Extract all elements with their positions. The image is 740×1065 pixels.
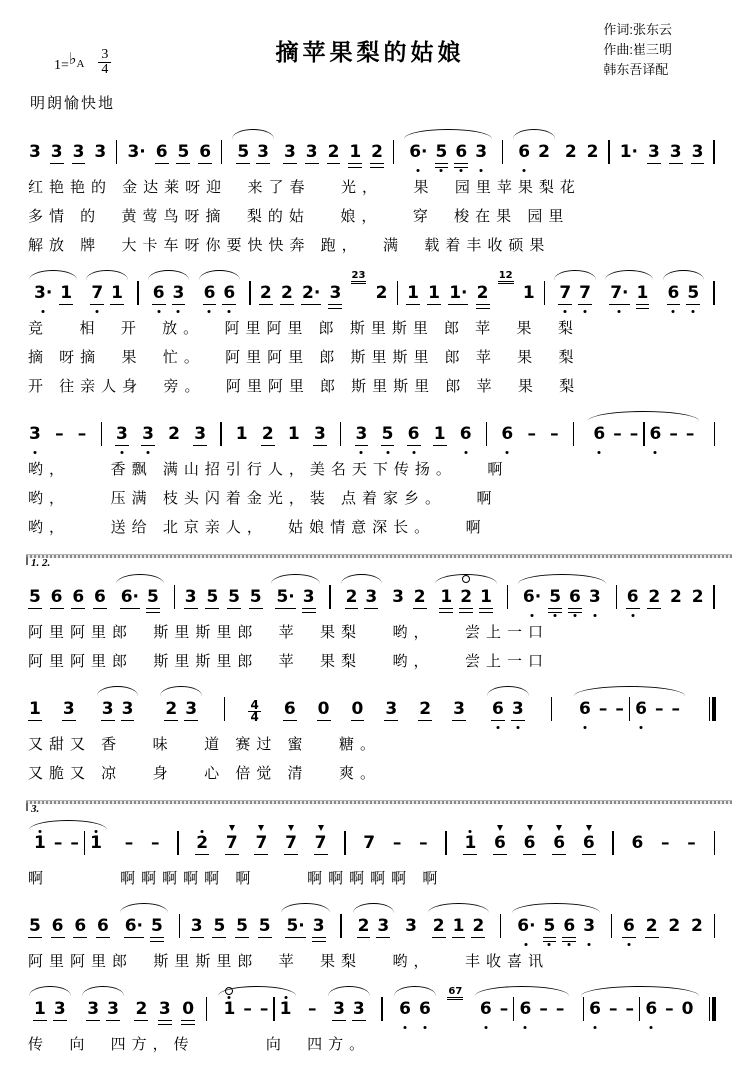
note: 6 [454, 137, 468, 173]
note: 6 [493, 828, 507, 864]
note: 3· [126, 137, 146, 173]
note-digit: 6 [153, 285, 165, 302]
note-digit: 3 [122, 701, 134, 718]
note: 5 [176, 137, 190, 173]
note-digit: 3 [512, 701, 524, 718]
note-digit: 6 [204, 285, 216, 302]
note-digit: 6 [593, 426, 605, 443]
note-digit: 1 [29, 701, 41, 718]
barline [249, 281, 250, 305]
note: 3 [474, 137, 488, 173]
note: – [538, 994, 549, 1030]
note: 2 [586, 137, 600, 173]
low-octave-dot [523, 169, 526, 172]
note: 1 [33, 994, 47, 1030]
note-digit: 7 [285, 835, 297, 852]
note-digit: – [78, 426, 87, 443]
barline [220, 422, 221, 446]
note-digit: – [609, 1001, 618, 1018]
note: 3 [355, 419, 369, 455]
slur-arc: 66 [198, 268, 242, 314]
note: 6 [626, 582, 640, 618]
note-digit: 2 [433, 918, 445, 935]
note: 6· [522, 582, 542, 618]
note: 2 [669, 582, 683, 618]
note-digit: 6 [94, 589, 106, 606]
low-octave-dot [568, 943, 571, 946]
note-digit: 2 [670, 589, 682, 606]
note: 3 [332, 994, 346, 1030]
note: 1 [427, 278, 441, 314]
note-digit: 6 [480, 1001, 492, 1018]
note: 6 [407, 419, 421, 455]
key-signature: 1=♭A 34 [54, 54, 111, 83]
time-numerator: 3 [98, 48, 111, 63]
note: – [77, 419, 88, 455]
note: – [526, 419, 537, 455]
note-digit: 6 [494, 835, 506, 852]
low-octave-dot [554, 614, 557, 617]
low-octave-dot [692, 310, 695, 313]
note: 6 [630, 828, 644, 864]
note-digit: 6 [72, 589, 84, 606]
barline [137, 281, 138, 305]
note: 6· [120, 582, 140, 618]
barline [629, 697, 630, 721]
note: 6 [479, 994, 493, 1030]
slur-arc: 23 [352, 901, 396, 947]
note: 6 [562, 911, 576, 947]
note: 6 [578, 694, 592, 730]
note-digit: 6 [635, 701, 647, 718]
note: 6 [155, 137, 169, 173]
note-digit: 2 [135, 1001, 147, 1018]
notes-row: 56666·535555·323321216·5636222 [28, 571, 716, 618]
note: 0 [351, 694, 365, 730]
low-octave-dot [598, 451, 601, 454]
note: 2 [164, 694, 178, 730]
note-digit: 3 [142, 426, 154, 443]
note-digit: 2 [668, 918, 680, 935]
note-digit: 3· [34, 285, 52, 302]
note: 2 [327, 137, 341, 173]
note-digit: 3 [306, 144, 318, 161]
note-digit: – [393, 835, 402, 852]
note: 6 [582, 828, 596, 864]
note-digit: 5 [213, 918, 225, 935]
notes-row: 13332301––1–3366676–6––6––6–0 [28, 983, 716, 1030]
notes-row: 3·1716366222·3232111·2121777·165 [28, 267, 716, 314]
lyrics-line: 阿里阿里郎 斯里斯里郎 苹 果梨 哟， 尝上一口 [28, 647, 716, 676]
note: 5· [275, 582, 295, 618]
note: 3 [172, 278, 186, 314]
slur-arc: 6·563 [403, 127, 493, 173]
system: 56666·535555·323321216·5636222阿里阿里郎 斯里斯里… [28, 571, 716, 676]
final-barline [709, 997, 716, 1021]
high-octave-dot [228, 996, 231, 999]
high-octave-dot [95, 830, 98, 833]
note: 3 [313, 419, 327, 455]
note: 7 [578, 278, 592, 314]
note-digit: – [125, 835, 134, 852]
note-digit: 2 [281, 285, 293, 302]
note: 2 [459, 582, 473, 618]
note: 3 [115, 419, 129, 455]
barline [714, 422, 715, 446]
grace-note: 23 [351, 270, 367, 284]
note: 6 [644, 994, 658, 1030]
note-digit: 5 [29, 918, 41, 935]
note-digit: 2 [472, 918, 484, 935]
low-octave-dot [460, 169, 463, 172]
low-octave-dot [627, 943, 630, 946]
barline [340, 914, 341, 938]
note: 3 [404, 911, 418, 947]
note-digit: 5 [436, 144, 448, 161]
note-digit: 1 [111, 285, 123, 302]
low-octave-dot [496, 726, 499, 729]
note: 1 [89, 828, 103, 864]
circle-mark [225, 987, 233, 995]
note: 3 [28, 137, 42, 173]
note-digit: 3 [102, 701, 114, 718]
low-octave-dot [423, 1026, 426, 1029]
low-octave-dot [147, 451, 150, 454]
note: 6 [93, 582, 107, 618]
note: 6 [588, 994, 602, 1030]
low-octave-dot [484, 1026, 487, 1029]
note: 2 [647, 582, 661, 618]
note-digit: 0 [352, 701, 364, 718]
note: 3· [33, 278, 53, 314]
note-digit: – [151, 835, 160, 852]
slur-arc: 71 [85, 268, 129, 314]
note: 3 [53, 994, 67, 1030]
note: 7 [225, 828, 239, 864]
note-digit: – [70, 835, 79, 852]
note: 3 [691, 137, 705, 173]
low-octave-dot [564, 310, 567, 313]
tempo-marking: 明朗愉快地 [30, 92, 115, 113]
note-digit: 1 [34, 835, 46, 852]
note-digit: 3 [329, 285, 341, 302]
low-octave-dot [464, 451, 467, 454]
note-digit: 3 [194, 426, 206, 443]
barline [206, 997, 207, 1021]
note: 1 [110, 278, 124, 314]
note: – [625, 994, 636, 1030]
note: 6 [203, 278, 217, 314]
lyrics-line: 哟， 香飘 满山招引行人，美名天下传扬。 啊 [28, 455, 716, 484]
barline [544, 281, 545, 305]
note: 1· [619, 137, 639, 173]
accent-mark [229, 825, 235, 831]
note: 5 [258, 911, 272, 947]
note-digit: 5 [228, 589, 240, 606]
note: 5 [28, 911, 42, 947]
lyrics-line: 阿里阿里郎 斯里斯里郎 苹 果梨 哟， 尝上一口 [28, 618, 716, 647]
note: 3 [364, 582, 378, 618]
note-digit: 5 [382, 426, 394, 443]
note-digit: – [661, 835, 670, 852]
note: 6 [51, 911, 65, 947]
composer-credit: 作曲:崔三明 [603, 40, 672, 60]
note: 0 [317, 694, 331, 730]
note: 6 [71, 582, 85, 618]
note-digit: 3 [51, 144, 63, 161]
high-octave-dot [469, 830, 472, 833]
note-digit: 1 [523, 285, 535, 302]
note-digit: 2 [460, 589, 472, 606]
note: 3 [302, 582, 316, 618]
note-digit: 0 [182, 1001, 194, 1018]
note: 1 [279, 994, 293, 1030]
note-digit: 1 [453, 918, 465, 935]
note: – [670, 694, 681, 730]
note: – [54, 419, 65, 455]
note-digit: 3 [173, 285, 185, 302]
low-octave-dot [208, 310, 211, 313]
note-digit: 1 [90, 835, 102, 852]
note: 5 [435, 137, 449, 173]
note: 6 [73, 911, 87, 947]
note: 6 [523, 828, 537, 864]
note-digit: 2 [565, 144, 577, 161]
note: – [242, 994, 253, 1030]
note: 6 [649, 419, 663, 455]
note: 2 [370, 137, 384, 173]
barline [177, 831, 178, 855]
note: 1 [33, 828, 47, 864]
note: – [685, 419, 696, 455]
note-digit: 5 [177, 144, 189, 161]
time-denominator: 4 [248, 712, 260, 723]
thin-bar [709, 697, 710, 721]
barline [714, 914, 715, 938]
note: – [549, 419, 560, 455]
note-digit: 3 [107, 1001, 119, 1018]
note: 6 [592, 419, 606, 455]
note-digit: 6 [492, 701, 504, 718]
note-digit: 3· [127, 144, 145, 161]
note-digit: 2 [648, 589, 660, 606]
barline [397, 281, 398, 305]
accent-mark [556, 825, 562, 831]
accent-mark [288, 825, 294, 831]
note-digit: 1 [34, 1001, 46, 1018]
grace-note: 67 [447, 986, 463, 1000]
note: 6· [408, 137, 428, 173]
note: 3 [28, 419, 42, 455]
note-digit: 3 [670, 144, 682, 161]
note: 3 [72, 137, 86, 173]
note-digit: – [630, 426, 639, 443]
note-digit: 5 [259, 918, 271, 935]
note-digit: – [671, 701, 680, 718]
note-digit: – [556, 1001, 565, 1018]
note-digit: 2 [414, 589, 426, 606]
note-digit: 1· [620, 144, 638, 161]
note: 6 [491, 694, 505, 730]
note: 3 [184, 694, 198, 730]
note: 5 [146, 582, 160, 618]
note-digit: 1 [60, 285, 72, 302]
lyrics-line: 开 往亲人身 旁。 阿里阿里 郎 斯里斯里 郎 苹 果 梨 [28, 372, 716, 401]
slur-arc: 7·1 [604, 268, 654, 314]
notes-row: 3––33231213356166––6––6–– [28, 408, 716, 455]
note-digit: 3 [54, 1001, 66, 1018]
low-octave-dot [573, 614, 576, 617]
low-octave-dot [650, 1026, 653, 1029]
note: 2 [413, 582, 427, 618]
note-digit: 3 [94, 144, 106, 161]
note: 3 [283, 137, 297, 173]
lyrics-line: 多情 的 黄莺鸟呀摘 梨的姑 娘， 穿 梭在果 园里 [28, 202, 716, 231]
note: 6 [552, 828, 566, 864]
note-digit: 1 [407, 285, 419, 302]
barline [611, 914, 612, 938]
note-digit: 6 [579, 701, 591, 718]
barline [273, 997, 274, 1021]
low-octave-dot [506, 451, 509, 454]
note-digit: – [500, 1001, 509, 1018]
slur-arc: 212 [427, 901, 491, 947]
low-octave-dot [583, 726, 586, 729]
note: 1 [636, 278, 650, 314]
notes-row: 56666·535555·32332126·5636222 [28, 900, 716, 947]
note-digit: 3 [313, 918, 325, 935]
note: 3 [86, 994, 100, 1030]
note: – [499, 994, 510, 1030]
note: 5 [28, 582, 42, 618]
note-digit: 7 [255, 835, 267, 852]
note-digit: 3 [314, 426, 326, 443]
note-digit: – [54, 835, 63, 852]
note-digit: 6· [409, 144, 427, 161]
note: 6 [568, 582, 582, 618]
barline [713, 281, 714, 305]
note: 1 [522, 278, 536, 314]
note-digit: 6 [650, 426, 662, 443]
volta-line [26, 800, 732, 804]
note-digit: – [308, 1001, 317, 1018]
note-digit: – [665, 1001, 674, 1018]
sheet-music-page: 摘苹果梨的姑娘 作词:张东云 作曲:崔三明 韩东吾译配 1=♭A 34 明朗愉快… [0, 0, 740, 1065]
note-digit: 3 [405, 918, 417, 935]
volta-label: 1. 2. [31, 557, 50, 569]
note-digit: – [613, 426, 622, 443]
inline-time-signature: 44 [248, 700, 260, 723]
note: 5 [212, 911, 226, 947]
note: 3 [352, 994, 366, 1030]
note: 2 [261, 419, 275, 455]
note-digit: 6 [519, 1001, 531, 1018]
note: 2· [301, 278, 321, 314]
grace-note: 12 [498, 270, 514, 284]
accent-mark [258, 825, 264, 831]
note: 6 [283, 694, 297, 730]
note-digit: 6 [563, 918, 575, 935]
note-digit: 2 [477, 285, 489, 302]
barline [445, 831, 446, 855]
note-digit: 7· [610, 285, 628, 302]
note: 7 [284, 828, 298, 864]
barline [224, 697, 225, 721]
note: 1 [287, 419, 301, 455]
note: 1 [439, 582, 453, 618]
note-digit: 2 [358, 918, 370, 935]
low-octave-dot [584, 310, 587, 313]
note: 3 [106, 994, 120, 1030]
volta-line [26, 554, 732, 558]
credits: 作词:张东云 作曲:崔三明 韩东吾译配 [603, 20, 672, 80]
note: 6 [152, 278, 166, 314]
low-octave-dot [654, 451, 657, 454]
note: 3 [158, 994, 172, 1030]
note: 1 [406, 278, 420, 314]
barline [507, 585, 508, 609]
barline [179, 914, 180, 938]
note-digit: 6 [408, 426, 420, 443]
lyrics-line: 哟， 压满 枝头闪着金光，装 点着家乡。 啊 [28, 484, 716, 513]
note-digit: 3 [589, 589, 601, 606]
note-digit: 6 [52, 918, 64, 935]
note: 2 [195, 828, 209, 864]
volta-bracket: 3. [26, 800, 732, 817]
note: 7 [254, 828, 268, 864]
note-digit: 3 [583, 918, 595, 935]
note: 2 [432, 911, 446, 947]
note-digit: 3 [356, 426, 368, 443]
slur-arc: 6·563 [517, 572, 607, 618]
slur-arc: 5·3 [280, 901, 330, 947]
slur-arc: 23 [159, 684, 203, 730]
slur-arc: 33 [96, 684, 140, 730]
note-digit: 5 [236, 918, 248, 935]
note: – [686, 828, 697, 864]
time-denominator: 4 [98, 63, 111, 77]
note: 5 [227, 582, 241, 618]
low-octave-dot [386, 451, 389, 454]
translator-credit: 韩东吾译配 [603, 60, 672, 80]
note-digit: 3 [392, 589, 404, 606]
note-digit: 6 [74, 918, 86, 935]
note-digit: 6 [583, 835, 595, 852]
note: 3 [256, 137, 270, 173]
barline [643, 422, 644, 446]
note-digit: 5 [237, 144, 249, 161]
barline [573, 422, 574, 446]
note: 3 [511, 694, 525, 730]
note-digit: 1 [428, 285, 440, 302]
note: 6 [634, 694, 648, 730]
note-digit: 3 [73, 144, 85, 161]
barline [174, 585, 175, 609]
low-octave-dot [593, 614, 596, 617]
lyricist-credit: 作词:张东云 [603, 20, 672, 40]
slur-arc: 63 [486, 684, 530, 730]
note: 2 [167, 419, 181, 455]
note: 5 [236, 137, 250, 173]
low-octave-dot [594, 1026, 597, 1029]
slur-arc: 6·5 [119, 901, 169, 947]
note-digit: 2 [262, 426, 274, 443]
volta-label: 3. [31, 803, 39, 815]
thick-bar [712, 697, 716, 721]
note-digit: 7 [226, 835, 238, 852]
note: 5 [381, 419, 395, 455]
note: 1 [463, 828, 477, 864]
